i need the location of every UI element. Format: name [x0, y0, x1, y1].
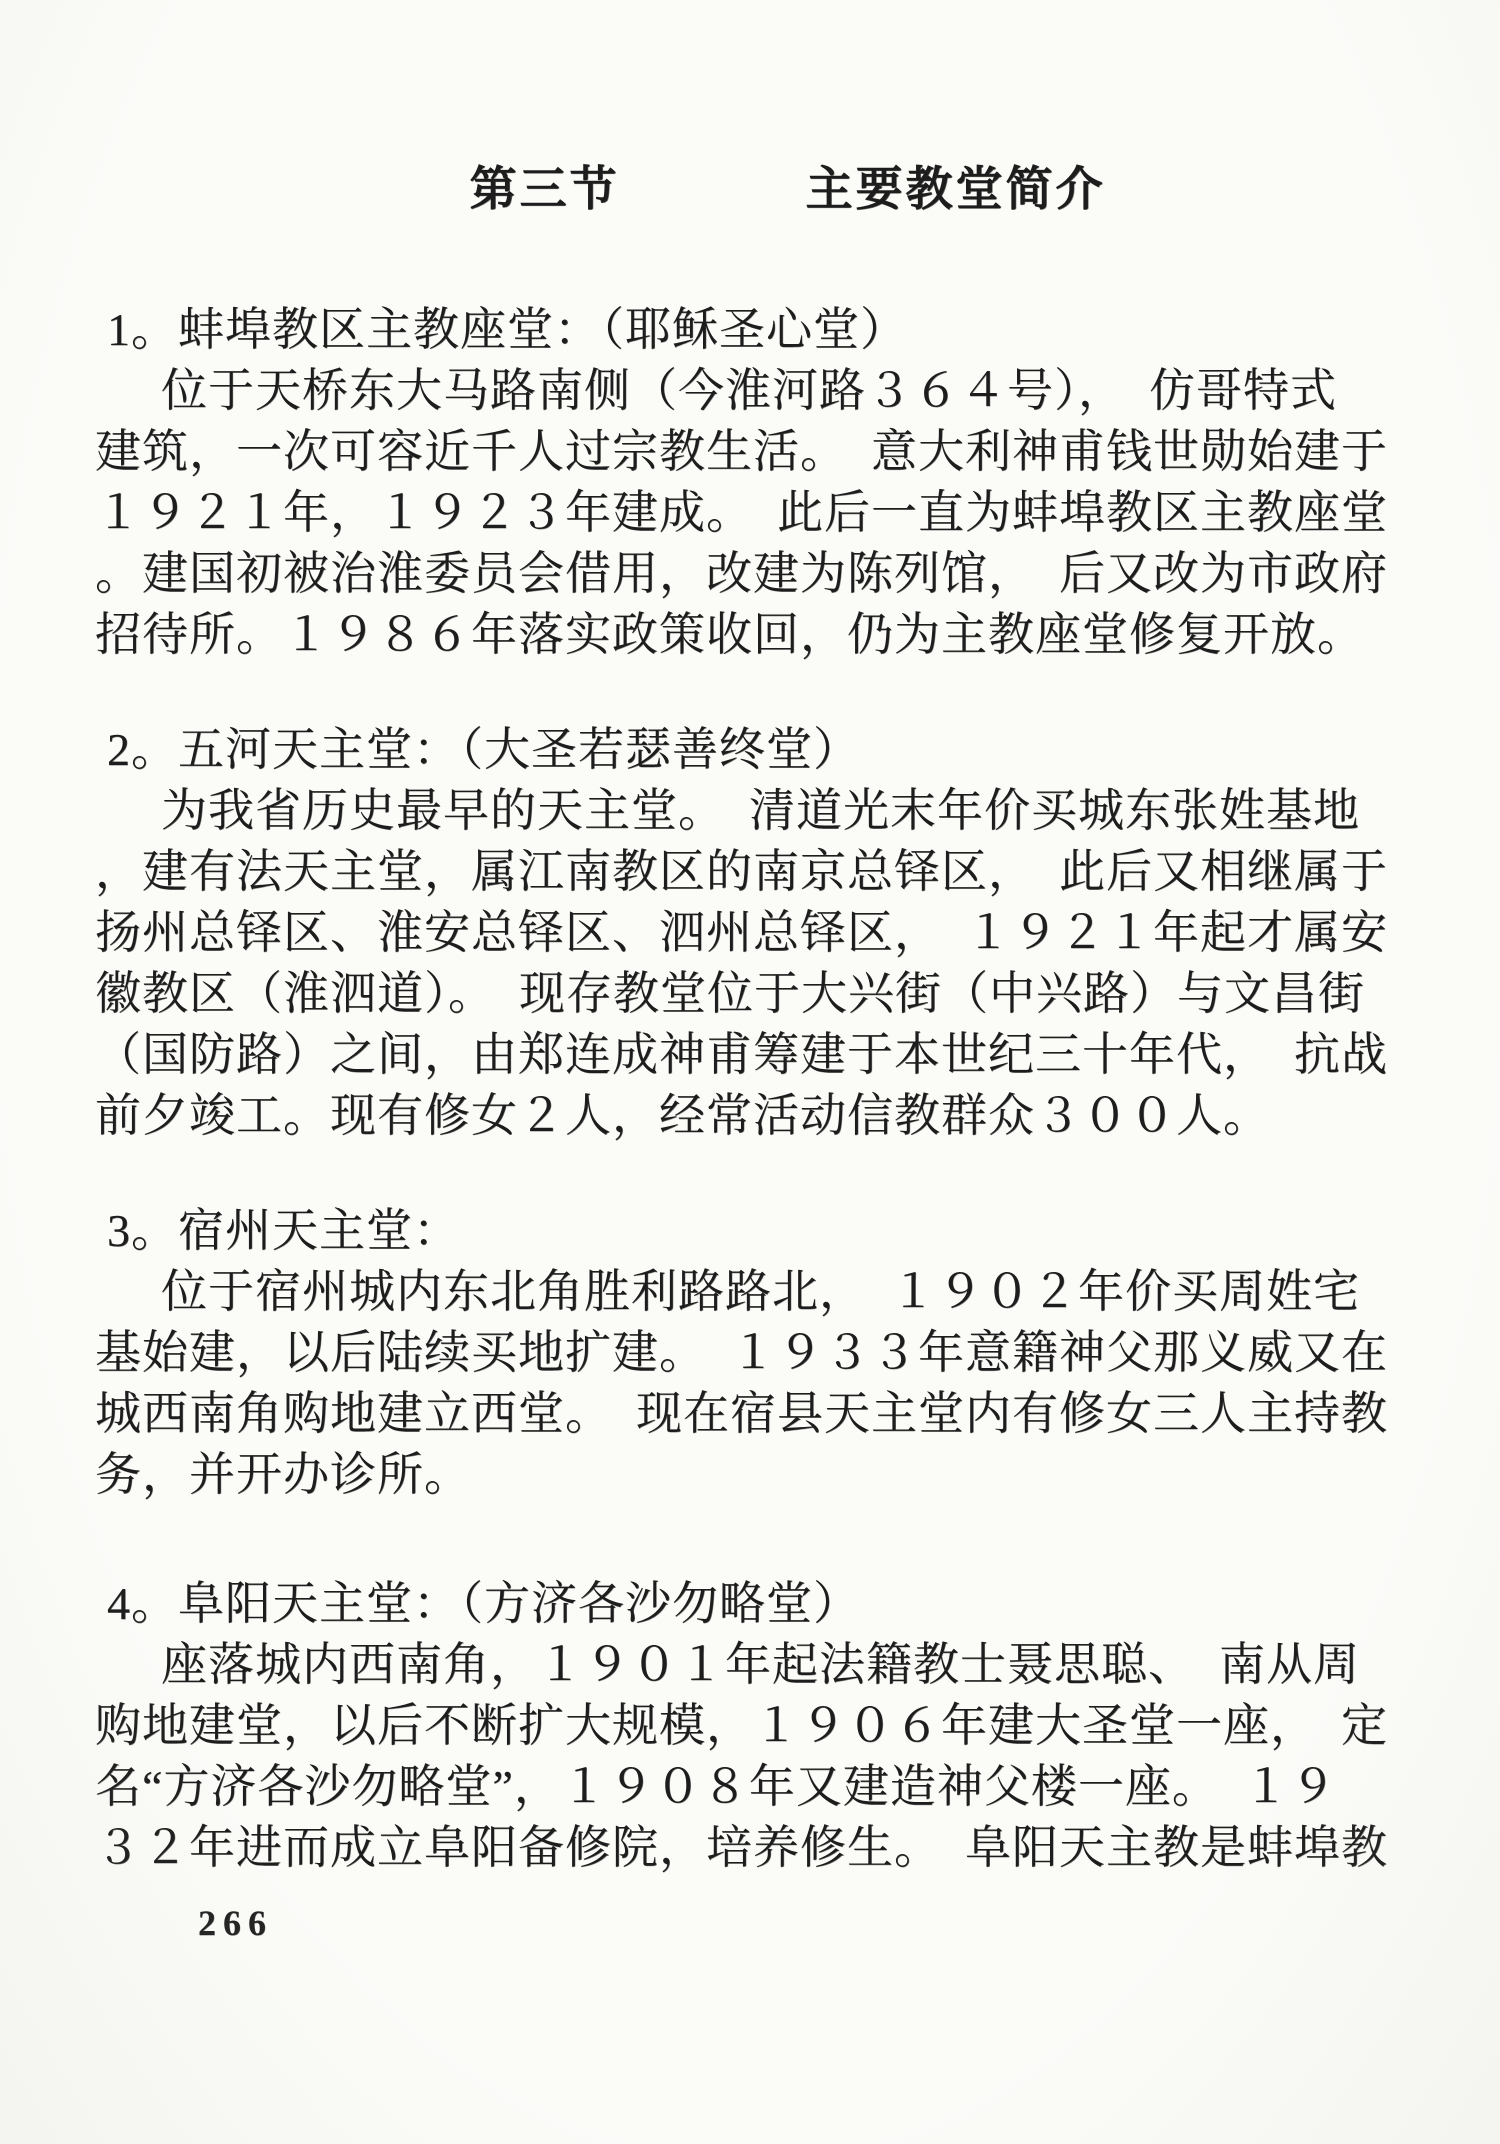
section-wuhe-church: 2。五河天主堂：（大圣若瑟善终堂） 为我省历史最早的天主堂。 清道光末年价买城东… — [95, 719, 1420, 1146]
page-title-text: 主要教堂简介 — [806, 152, 1106, 219]
chapter-section-label: 第三节 — [470, 152, 620, 219]
section-suzhou-church: 3。宿州天主堂： 位于宿州城内东北角胜利路路北， １９０２年价买周姓宅 基始建，… — [95, 1200, 1420, 1505]
text-line: 位于宿州城内东北角胜利路路北， １９０２年价买周姓宅 — [95, 1261, 1420, 1322]
text-line: 招待所。１９８６年落实政策收回，仍为主教座堂修复开放。 — [95, 604, 1420, 665]
text-line: 前夕竣工。现有修女２人，经常活动信教群众３００人。 — [95, 1085, 1420, 1146]
text-line: 徽教区（淮泗道）。 现存教堂位于大兴街（中兴路）与文昌街 — [95, 963, 1420, 1024]
page-number: 266 — [198, 1902, 273, 1944]
text-line: 购地建堂，以后不断扩大规模，１９０６年建大圣堂一座， 定 — [95, 1695, 1420, 1756]
text-line: 。建国初被治淮委员会借用，改建为陈列馆， 后又改为市政府 — [95, 543, 1420, 604]
text-line: （国防路）之间，由郑连成神甫筹建于本世纪三十年代， 抗战 — [95, 1024, 1420, 1085]
text-line: ３２年进而成立阜阳备修院，培养修生。 阜阳天主教是蚌埠教 — [95, 1817, 1420, 1878]
text-line: ，建有法天主堂，属江南教区的南京总铎区， 此后又相继属于 — [95, 841, 1420, 902]
text-line: １９２１年，１９２３年建成。 此后一直为蚌埠教区主教座堂 — [95, 482, 1420, 543]
text-line: 名“方济各沙勿略堂”，１９０８年又建造神父楼一座。 １９ — [95, 1756, 1420, 1817]
text-line: 位于天桥东大马路南侧（今淮河路３６４号）， 仿哥特式 — [95, 360, 1420, 421]
section-heading: 4。阜阳天主堂：（方济各沙勿略堂） — [95, 1573, 1420, 1634]
text-line: 务，并开办诊所。 — [95, 1444, 1420, 1505]
section-heading: 1。蚌埠教区主教座堂：（耶稣圣心堂） — [95, 299, 1420, 360]
text-line: 座落城内西南角，１９０１年起法籍教士聂思聪、 南从周 — [95, 1634, 1420, 1695]
section-heading: 2。五河天主堂：（大圣若瑟善终堂） — [95, 719, 1420, 780]
section-bengbu-cathedral: 1。蚌埠教区主教座堂：（耶稣圣心堂） 位于天桥东大马路南侧（今淮河路３６４号），… — [95, 299, 1420, 665]
text-line: 建筑，一次可容近千人过宗教生活。 意大利神甫钱世勋始建于 — [95, 421, 1420, 482]
section-fuyang-church: 4。阜阳天主堂：（方济各沙勿略堂） 座落城内西南角，１９０１年起法籍教士聂思聪、… — [95, 1573, 1420, 1878]
section-heading: 3。宿州天主堂： — [95, 1200, 1420, 1261]
text-line: 基始建，以后陆续买地扩建。 １９３３年意籍神父那义威又在 — [95, 1322, 1420, 1383]
text-line: 城西南角购地建立西堂。 现在宿县天主堂内有修女三人主持教 — [95, 1383, 1420, 1444]
text-line: 为我省历史最早的天主堂。 清道光末年价买城东张姓基地 — [95, 780, 1420, 841]
page-title: 第三节 主要教堂简介 — [155, 152, 1420, 219]
text-line: 扬州总铎区、淮安总铎区、泗州总铎区， １９２１年起才属安 — [95, 902, 1420, 963]
document-page: 第三节 主要教堂简介 1。蚌埠教区主教座堂：（耶稣圣心堂） 位于天桥东大马路南侧… — [0, 0, 1500, 2144]
